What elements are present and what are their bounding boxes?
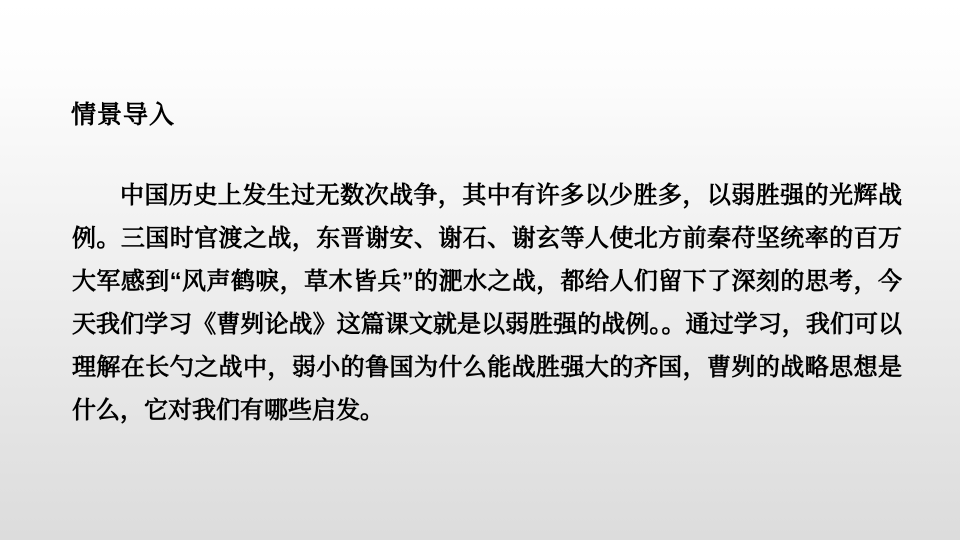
- slide-body-text: 中国历史上发生过无数次战争，其中有许多以少胜多，以弱胜强的光辉战例。三国时官渡之…: [72, 174, 902, 432]
- presentation-slide: 情景导入 中国历史上发生过无数次战争，其中有许多以少胜多，以弱胜强的光辉战例。三…: [0, 0, 960, 540]
- slide-title: 情景导入: [71, 99, 175, 131]
